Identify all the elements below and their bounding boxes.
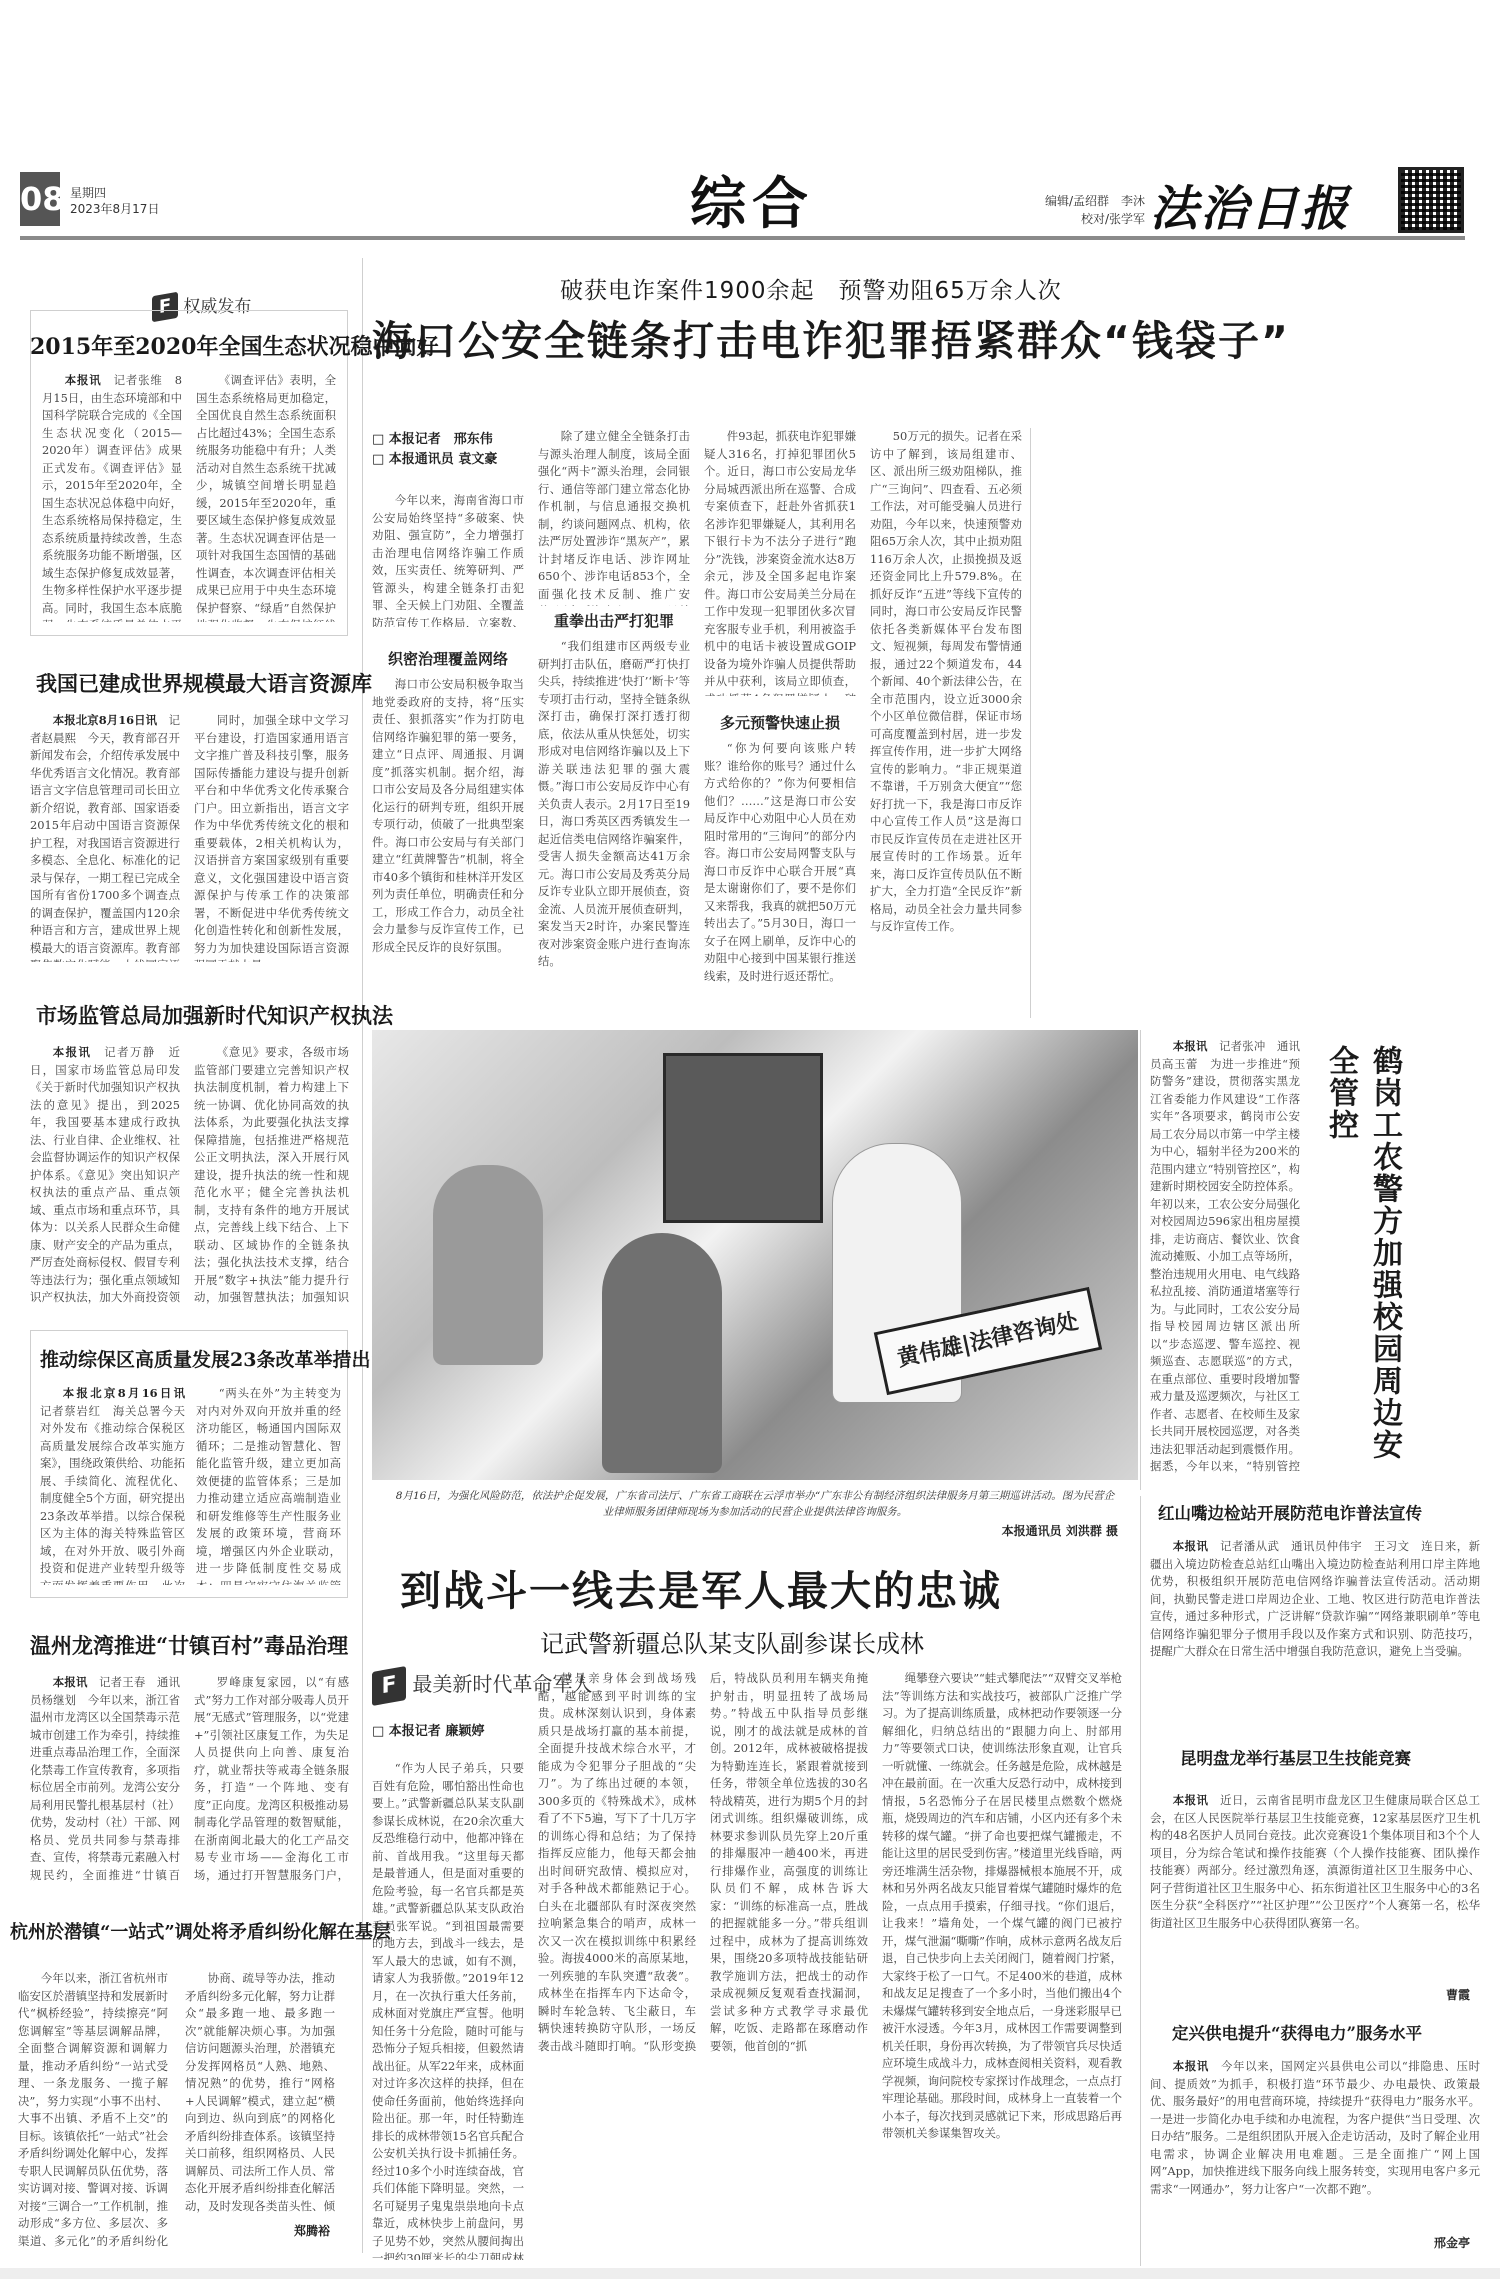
header-divider xyxy=(20,236,1465,240)
brief-signature: 曹霞 xyxy=(1380,1986,1470,2003)
main-body-col4: 50万元的损失。记者在采访中了解到，该局组建市、区、派出所三级劝阻梯队，推广“三… xyxy=(870,428,1022,1016)
feature-body-col3: 绳攀登六要诀”“蛙式攀爬法”“双臂交叉举枪法”等训练方法和实战技巧，被部队广泛推… xyxy=(882,1670,1122,2260)
page-number: 08 xyxy=(20,172,60,226)
article-body-col2: “两头在外”为主转变为对内对外双向开放并重的经济功能区，畅通国内国际双循环；二是… xyxy=(196,1385,341,1585)
main-body-col2: 除了建立健全全链条打击与源头治理人制度，该局全面强化“两卡”源头治理，会同银行、… xyxy=(538,428,690,606)
main-body-col3b: “你为何要向该账户转账？谁给你的账号？通过什么方式给你的？”你为何要相信他们？…… xyxy=(704,740,856,1016)
main-headline[interactable]: 海口公安全链条打击电诈犯罪捂紧群众“钱袋子” xyxy=(372,308,1290,367)
article-body-col2: 同时，加强全球中文学习平台建设，打造国家通用语言文字推广普及科技引擎，服务国际传… xyxy=(194,712,349,962)
date: 2023年8月17日 xyxy=(70,201,159,217)
article-body-col2: 《意见》要求，各级市场监管部门要建立完善知识产权执法制度机制，着力构建上下统一协… xyxy=(194,1044,349,1309)
feature-headline[interactable]: 到战斗一线去是军人最大的忠诚 xyxy=(400,1558,1002,1617)
article-body: 今年以来，浙江省杭州市临安区於潜镇坚持和发展新时代“枫桥经验”，持续擦亮“阿您调… xyxy=(18,1970,168,2250)
feature-body-col1: “作为人民子弟兵，只要百姓有危险，哪怕豁出性命也要上。”武警新疆总队某支队副参谋… xyxy=(372,1760,524,2260)
subhead: 多元预警快速止损 xyxy=(704,712,856,733)
page-footer xyxy=(0,2268,1500,2279)
brief-body: 本报讯 近日，云南省昆明市盘龙区卫生健康局联合区总工会，在区人民医院举行基层卫生… xyxy=(1150,1792,1480,1992)
vertical-story-body: 本报讯 记者张冲 通讯员高玉蕾 为进一步推进“预防警务”建设，贯彻落实黑龙江省委… xyxy=(1150,1038,1300,1478)
article-body: 本报讯 记者万静 近日，国家市场监管总局印发《关于新时代加强知识产权执法的意见》… xyxy=(30,1044,180,1309)
byline-correspondent: □ 本报通讯员 袁文豪 xyxy=(372,450,497,470)
main-body-col1b: 海口市公安局积极争取当地党委政府的支持，将“压实责任、狠抓落实”作为打防电信网络… xyxy=(372,676,524,1016)
section-title: 综合 xyxy=(690,160,814,240)
feature-subtitle: 记武警新疆总队某支队副参谋长成林 xyxy=(540,1624,924,1659)
feature-body-col2: 越是亲身体会到战场残酷，越能感到平时训练的宝贵。成林深刻认识到，身体素质只是战场… xyxy=(538,1670,868,2260)
main-body-col2b: “我们组建市区两级专业研判打击队伍，磨砺严打快打尖兵，持续推进‘快打’‘断卡’等… xyxy=(538,638,690,1016)
brief-headline[interactable]: 红山嘴边检站开展防范电诈普法宣传 xyxy=(1158,1500,1478,1524)
article-headline[interactable]: 市场监管总局加强新时代知识产权执法 xyxy=(36,1000,351,1030)
article-headline[interactable]: 我国已建成世界规模最大语言资源库 xyxy=(36,668,351,698)
article-body: 本报北京8月16日讯 记者赵晨熙 今天，教育部召开新闻发布会，介绍传承发展中华优… xyxy=(30,712,180,962)
editors: 编辑/孟绍群 李沐 xyxy=(1010,192,1145,210)
article-signature: 郑腾裕 xyxy=(230,2222,330,2239)
brief-signature: 邢金亭 xyxy=(1380,2234,1470,2251)
feature-byline: □ 本报记者 廉颖婷 xyxy=(372,1722,484,1742)
proofreader: 校对/张学军 xyxy=(1010,210,1145,228)
column-divider xyxy=(1030,428,1031,1018)
f-logo-icon: F xyxy=(372,1666,406,1706)
editor-credits: 编辑/孟绍群 李沐 校对/张学军 xyxy=(1010,192,1145,228)
article-body: 本报讯 记者张维 8月15日，由生态环境部和中国科学院联合完成的《全国生态状况变… xyxy=(42,372,182,622)
issue-date: 星期四 2023年8月17日 xyxy=(70,185,159,217)
column-divider xyxy=(1140,1030,1141,1490)
brief-body: 本报讯 今年以来，国网定兴县供电公司以“排隐患、压时间、提质效”为抓手，积极打造… xyxy=(1150,2058,1480,2238)
article-headline[interactable]: 温州龙湾推进“廿镇百村”毒品治理 xyxy=(30,1630,350,1660)
news-photo[interactable]: 黄伟雄|法律咨询处 xyxy=(372,1030,1138,1480)
masthead-logo: 法治日报 xyxy=(1150,170,1350,239)
photo-caption: 8月16日，为强化风险防范，依法护企促发展，广东省司法厅、广东省工商联在云浮市举… xyxy=(392,1488,1118,1520)
column-divider xyxy=(362,258,363,2253)
poster-board xyxy=(663,1053,823,1223)
article-body-col2: 罗峰康复家园，以“有感式”努力工作对部分吸毒人员开展“无感式”管理服务，以“党建… xyxy=(194,1674,349,1884)
qr-code-icon[interactable] xyxy=(1398,167,1464,233)
column-divider xyxy=(1140,1496,1141,2266)
main-bylines: □ 本报记者 邢东伟 □ 本报通讯员 袁文豪 xyxy=(372,430,497,470)
article-headline[interactable]: 2015年至2020年全国生态状况稳中向好 xyxy=(30,330,350,361)
brief-headline[interactable]: 昆明盘龙举行基层卫生技能竞赛 xyxy=(1180,1745,1480,1769)
photo-credit: 本报通讯员 刘洪群 摄 xyxy=(900,1522,1118,1539)
subhead: 重拳出击严打犯罪 xyxy=(538,610,690,631)
article-headline[interactable]: 推动综保区高质量发展23条改革举措出台 xyxy=(40,1345,345,1372)
article-body-col2: 《调查评估》表明，全国生态系统格局更加稳定，全国优良自然生态系统面积占比超过43… xyxy=(196,372,336,622)
brief-headline[interactable]: 定兴供电提升“获得电力”服务水平 xyxy=(1172,2020,1472,2044)
main-body-col1: 今年以来，海南省海口市公安局始终坚持“多破案、快劝阻、强宣防”，全力增强打击治理… xyxy=(372,492,524,627)
vertical-headline[interactable]: 鹤岗工农警方加强校园周边安全管控 xyxy=(1318,1045,1406,1485)
main-kicker: 破获电诈案件1900余起 预警劝阻65万余人次 xyxy=(560,272,1062,305)
person-client xyxy=(602,1233,722,1473)
article-body: 本报北京8月16日讯 记者蔡岩红 海关总署今天对外发布《推动综合保税区高质量发展… xyxy=(40,1385,185,1585)
weekday: 星期四 xyxy=(70,185,159,201)
person-left xyxy=(433,1165,543,1365)
byline-reporter: □ 本报记者 邢东伟 xyxy=(372,430,497,450)
brief-body: 本报讯 记者潘从武 通讯员仲伟宇 王习文 连日来，新疆出入境边防检查总站红山嘴出… xyxy=(1150,1538,1480,1703)
subhead: 织密治理覆盖网络 xyxy=(372,648,524,669)
article-body: 本报讯 记者王春 通讯员杨继划 今年以来，浙江省温州市龙湾区以全国禁毒示范城市创… xyxy=(30,1674,180,1884)
article-headline[interactable]: 杭州於潜镇“一站式”调处将矛盾纠纷化解在基层 xyxy=(10,1918,355,1944)
article-body-col2: 协商、疏导等办法，推动矛盾纠纷多元化解，努力让群众“最多跑一地、最多跑一次”就能… xyxy=(185,1970,335,2215)
main-body-col3: 件93起，抓获电诈犯罪嫌疑人316名，打掉犯罪团伙5个。近日，海口市公安局龙华分… xyxy=(704,428,856,696)
